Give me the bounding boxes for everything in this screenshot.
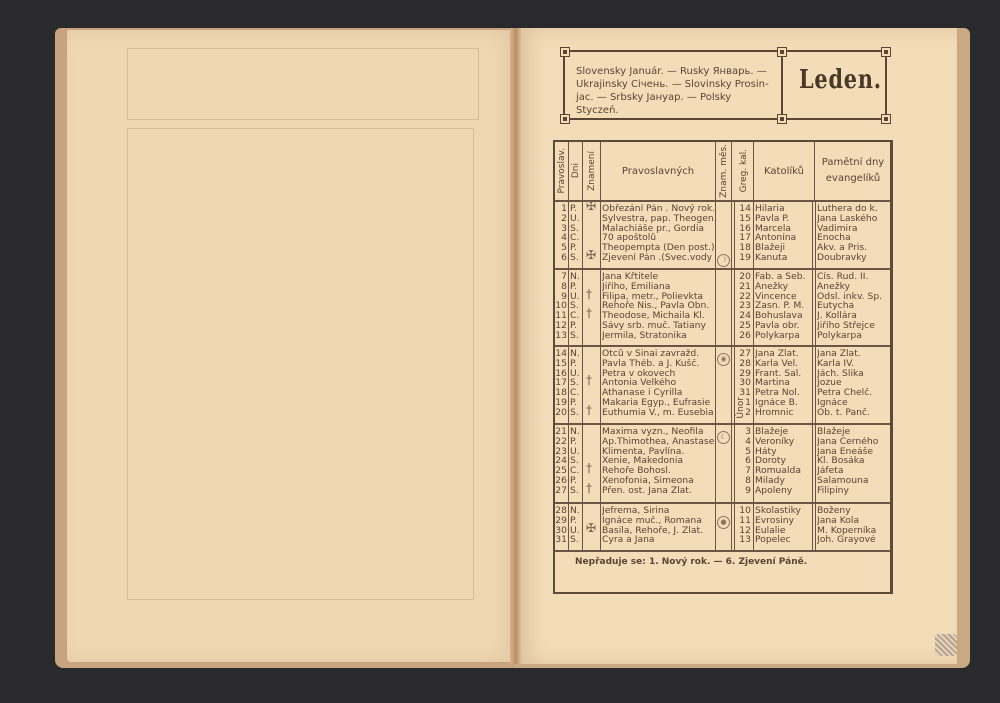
- catholic-saint: Milady: [755, 476, 813, 486]
- spine: [510, 28, 522, 664]
- day-number: 1: [555, 204, 567, 214]
- gregorian-date: 18: [735, 243, 751, 253]
- corner-protector: [935, 634, 957, 656]
- evangelical-commemoration: Boženy: [817, 506, 889, 516]
- gregorian-date: 30: [735, 378, 751, 388]
- evangelical-commemoration: Cís. Rud. II.: [817, 272, 889, 282]
- col-pravoslav: Pravoslav.: [555, 142, 569, 200]
- catholic-saint: Popelec: [755, 535, 813, 545]
- col-znam-mes: Znam. měs.: [716, 142, 732, 200]
- day-of-week: S.: [570, 456, 583, 466]
- day-of-week: Ú.: [570, 292, 583, 302]
- day-number: 25: [555, 466, 567, 476]
- catholic-saint: Marcela: [755, 224, 813, 234]
- cross-circle-icon: ✠: [586, 524, 596, 534]
- catholic-saint: Apoleny: [755, 486, 813, 496]
- gregorian-date: 29: [735, 369, 751, 379]
- catholic-saint: Antonína: [755, 233, 813, 243]
- orthodox-saint: Jiřího, Emiliana: [602, 282, 715, 292]
- languages-line-3: jac. — Srbsky Јануар. — Polsky Styczeń.: [576, 91, 776, 117]
- day-number: 6: [555, 253, 567, 263]
- day-of-week: P.: [570, 321, 583, 331]
- evangelical-commemoration: Anežky: [817, 282, 889, 292]
- catholic-saint: Pavla obr.: [755, 321, 813, 331]
- new-moon-icon: ●: [717, 516, 730, 529]
- open-booklet: Slovensky Január. — Rusky Январь. — Ukra…: [55, 24, 970, 669]
- evangelical-commemoration: Jiřího Střejce: [817, 321, 889, 331]
- day-of-week: S.: [570, 408, 583, 418]
- evangelical-commemoration: Jana Zlat.: [817, 349, 889, 359]
- evangelical-commemoration: Jách. Šlika: [817, 369, 889, 379]
- day-number: 28: [555, 506, 567, 516]
- day-number: 5: [555, 243, 567, 253]
- day-of-week: P.: [570, 437, 583, 447]
- left-page-blank: [67, 30, 517, 662]
- evangelical-commemoration: Luthera do k.: [817, 204, 889, 214]
- day-number: 7: [555, 272, 567, 282]
- languages-line-2: Ukrajinsky Січень. — Slovinsky Prosin-: [576, 78, 776, 91]
- col-katoliku: Katolíků: [754, 142, 815, 200]
- catholic-saint: Zasn. P. M.: [755, 301, 813, 311]
- evangelical-commemoration: Šalamouna: [817, 476, 889, 486]
- gregorian-date: 27: [735, 349, 751, 359]
- orthodox-saint: Sylvestra, pap. Theogen.: [602, 214, 715, 224]
- orthodox-saint: 70 apoštolů: [602, 233, 715, 243]
- day-number: 23: [555, 447, 567, 457]
- day-number: 14: [555, 349, 567, 359]
- gregorian-date: 23: [735, 301, 751, 311]
- day-number: 26: [555, 476, 567, 486]
- day-number: 20: [555, 408, 567, 418]
- gregorian-date: 14: [735, 204, 751, 214]
- first-quarter-icon: ☽: [717, 254, 730, 267]
- evangelical-commemoration: Odsl. inkv. Šp.: [817, 292, 889, 302]
- orthodox-saint: Jermila, Stratonika: [602, 331, 715, 341]
- orthodox-saint: Řehoře Bohosl.: [602, 466, 715, 476]
- day-of-week: Ú.: [570, 369, 583, 379]
- gregorian-date: 4: [735, 437, 751, 447]
- orthodox-saint: Antonia Velkého: [602, 378, 715, 388]
- col-znameni: Znamení: [583, 142, 601, 200]
- catholic-saint: Karla Vel.: [755, 359, 813, 369]
- orthodox-saint: Petra v okovech: [602, 369, 715, 379]
- day-number: 27: [555, 486, 567, 496]
- day-number: 2: [555, 214, 567, 224]
- cross-icon: †: [586, 464, 592, 474]
- orthodox-saint: Pavla Théb. a J. Kušč.: [602, 359, 715, 369]
- orthodox-saint: Euthumia V., m. Eusebia: [602, 408, 715, 418]
- evangelical-commemoration: Doubravky: [817, 253, 889, 263]
- day-number: 21: [555, 427, 567, 437]
- languages-line-1: Slovensky Január. — Rusky Январь. —: [576, 65, 776, 78]
- evangelical-commemoration: Vadimira: [817, 224, 889, 234]
- gregorian-date: 24: [735, 311, 751, 321]
- catholic-saint: Anežky: [755, 282, 813, 292]
- orthodox-saint: Cyra a Jana: [602, 535, 715, 545]
- evangelical-commemoration: Ob. t. Panč.: [817, 408, 889, 418]
- orthodox-saint: Malachiáše pr., Gordia: [602, 224, 715, 234]
- catholic-saint: Polykarpa: [755, 331, 813, 341]
- day-number: 30: [555, 526, 567, 536]
- day-number: 4: [555, 233, 567, 243]
- day-of-week: N.: [570, 427, 583, 437]
- month-title: Leden.: [799, 65, 871, 95]
- orthodox-saint: Xenie, Makedonia: [602, 456, 715, 466]
- gregorian-date: 20: [735, 272, 751, 282]
- gregorian-date: 5: [735, 447, 751, 457]
- catholic-saint: Bohuslava: [755, 311, 813, 321]
- orthodox-saint: Zjevení Pán .(Svec.vody: [602, 253, 715, 263]
- col-dni: Dni: [569, 142, 583, 200]
- catholic-saint: Frant. Sal.: [755, 369, 813, 379]
- catholic-saint: Blažeje: [755, 427, 813, 437]
- gregorian-date: 25: [735, 321, 751, 331]
- orthodox-saint: Makaria Egyp., Eufrasie: [602, 398, 715, 408]
- evangelical-commemoration: Petra Chelč.: [817, 388, 889, 398]
- gregorian-date: 15: [735, 214, 751, 224]
- day-of-week: Ú.: [570, 447, 583, 457]
- gregorian-date: 22: [735, 292, 751, 302]
- catholic-saint: Jana Zlat.: [755, 349, 813, 359]
- day-of-week: P.: [570, 243, 583, 253]
- evangelical-commemoration: Filipiny: [817, 486, 889, 496]
- orthodox-saint: Řehoře Nis., Pavla Obn.: [602, 301, 715, 311]
- catholic-saint: Kanuta: [755, 253, 813, 263]
- day-of-week: Ú.: [570, 526, 583, 536]
- catholic-saint: Veroníky: [755, 437, 813, 447]
- catholic-saint: Školastiky: [755, 506, 813, 516]
- full-moon-icon: ◉: [717, 353, 730, 366]
- evangelical-commemoration: Jozue: [817, 378, 889, 388]
- orthodox-saint: Ignáce muč., Romana: [602, 516, 715, 526]
- day-of-week: S.: [570, 331, 583, 341]
- gregorian-date: 8: [735, 476, 751, 486]
- evangelical-commemoration: Jana Černého: [817, 437, 889, 447]
- cross-icon: †: [586, 290, 592, 300]
- day-of-week: S.: [570, 378, 583, 388]
- day-of-week: N.: [570, 272, 583, 282]
- col-pravoslavnych: Pravoslavných: [601, 142, 716, 200]
- day-number: 11: [555, 311, 567, 321]
- orthodox-saint: Jana Křtitele: [602, 272, 715, 282]
- orthodox-saint: Basila, Řehoře, J. Zlat.: [602, 526, 715, 536]
- evangelical-commemoration: Kl. Bosáka: [817, 456, 889, 466]
- orthodox-saint: Otců v Sinai zavražd.: [602, 349, 715, 359]
- catholic-saint: Hromnic: [755, 408, 813, 418]
- catholic-saint: Vincence: [755, 292, 813, 302]
- day-number: 10: [555, 301, 567, 311]
- orthodox-saint: Sávy srb. muč. Tatiany: [602, 321, 715, 331]
- day-of-week: P.: [570, 516, 583, 526]
- gregorian-date: 9: [735, 486, 751, 496]
- month-change-label: Únor: [737, 397, 747, 419]
- cross-circle-icon: ✠: [586, 251, 596, 261]
- catholic-saint: Fab. a Šeb.: [755, 272, 813, 282]
- orthodox-saint: Obřezání Pán . Nový rok.: [602, 204, 715, 214]
- catholic-saint: Romualda: [755, 466, 813, 476]
- day-number: 17: [555, 378, 567, 388]
- day-of-week: P.: [570, 204, 583, 214]
- orthodox-saint: Přen. ost. Jana Zlat.: [602, 486, 715, 496]
- orthodox-saint: Maxima vyzn., Neofila: [602, 427, 715, 437]
- month-header: Slovensky Január. — Rusky Январь. — Ukra…: [560, 47, 890, 123]
- gregorian-date: 26: [735, 331, 751, 341]
- day-number: 29: [555, 516, 567, 526]
- gregorian-date: 19: [735, 253, 751, 263]
- day-of-week: Ú.: [570, 214, 583, 224]
- gregorian-date: 7: [735, 466, 751, 476]
- day-of-week: P.: [570, 476, 583, 486]
- day-number: 13: [555, 331, 567, 341]
- gregorian-date: 28: [735, 359, 751, 369]
- evangelical-commemoration: M. Koperníka: [817, 526, 889, 536]
- cross-icon: †: [586, 484, 592, 494]
- orthodox-saint: Theopempta (Den post.): [602, 243, 715, 253]
- evangelical-commemoration: Jáfeta: [817, 466, 889, 476]
- col-greg-kal: Greg. kal.: [735, 142, 754, 200]
- evangelical-commemoration: Eutycha: [817, 301, 889, 311]
- day-of-week: N.: [570, 506, 583, 516]
- day-of-week: Č.: [570, 311, 583, 321]
- catholic-saint: Háty: [755, 447, 813, 457]
- calendar-table: Pravoslav. Dni Znamení Pravoslavných Zna…: [553, 140, 893, 594]
- day-of-week: S.: [570, 253, 583, 263]
- orthodox-saint: Jefrema, Sirina: [602, 506, 715, 516]
- bleed-through-header-frame: [127, 48, 479, 120]
- month-names-in-languages: Slovensky Január. — Rusky Январь. — Ukra…: [576, 65, 776, 117]
- last-quarter-icon: ☾: [717, 431, 730, 444]
- day-of-week: S.: [570, 224, 583, 234]
- evangelical-commemoration: Jana Laského: [817, 214, 889, 224]
- gregorian-date: 3: [735, 427, 751, 437]
- day-number: 19: [555, 398, 567, 408]
- cross-icon: †: [586, 309, 592, 319]
- orthodox-saint: Xenofonia, Simeona: [602, 476, 715, 486]
- evangelical-commemoration: Blažeje: [817, 427, 889, 437]
- catholic-saint: Doroty: [755, 456, 813, 466]
- gregorian-date: 10: [735, 506, 751, 516]
- day-number: 8: [555, 282, 567, 292]
- catholic-saint: Blažeji: [755, 243, 813, 253]
- catholic-saint: Martina: [755, 378, 813, 388]
- day-number: 22: [555, 437, 567, 447]
- evangelical-commemoration: Enocha: [817, 233, 889, 243]
- day-number: 16: [555, 369, 567, 379]
- evangelical-commemoration: Jana Kola: [817, 516, 889, 526]
- day-of-week: P.: [570, 282, 583, 292]
- day-number: 9: [555, 292, 567, 302]
- cross-icon: †: [586, 376, 592, 386]
- day-number: 15: [555, 359, 567, 369]
- gregorian-date: 12: [735, 526, 751, 536]
- catholic-saint: Ignáce B.: [755, 398, 813, 408]
- orthodox-saint: Klimenta, Pavlína.: [602, 447, 715, 457]
- footer-note: Nepřaduje se: 1. Nový rok. — 6. Zjevení …: [575, 557, 807, 567]
- evangelical-commemoration: Karla IV.: [817, 359, 889, 369]
- evangelical-commemoration: Akv. a Pris.: [817, 243, 889, 253]
- day-of-week: Č.: [570, 466, 583, 476]
- day-of-week: P.: [570, 398, 583, 408]
- catholic-saint: Hilaria: [755, 204, 813, 214]
- day-of-week: Č.: [570, 233, 583, 243]
- catholic-saint: Pavla P.: [755, 214, 813, 224]
- day-of-week: S.: [570, 535, 583, 545]
- gregorian-date: 21: [735, 282, 751, 292]
- day-of-week: P.: [570, 359, 583, 369]
- gregorian-date: 6: [735, 456, 751, 466]
- day-of-week: N.: [570, 349, 583, 359]
- gregorian-date: 17: [735, 233, 751, 243]
- day-of-week: S.: [570, 301, 583, 311]
- evangelical-commemoration: Ignáce: [817, 398, 889, 408]
- orthodox-saint: Ap.Thimothea, Anastase: [602, 437, 715, 447]
- evangelical-commemoration: Joh. Grayové: [817, 535, 889, 545]
- evangelical-commemoration: J. Kollára: [817, 311, 889, 321]
- day-number: 3: [555, 224, 567, 234]
- gregorian-date: 13: [735, 535, 751, 545]
- catholic-saint: Evrosiny: [755, 516, 813, 526]
- gregorian-date: 16: [735, 224, 751, 234]
- orthodox-saint: Theodose, Michaila Kl.: [602, 311, 715, 321]
- bleed-through-table-frame: [127, 128, 474, 600]
- day-number: 18: [555, 388, 567, 398]
- cross-icon: †: [586, 406, 592, 416]
- catholic-saint: Eulalie: [755, 526, 813, 536]
- cross-circle-icon: ✠: [586, 202, 596, 212]
- col-evangeliku: Pamětní dny evangelíků: [816, 142, 890, 200]
- day-of-week: Č.: [570, 388, 583, 398]
- day-number: 31: [555, 535, 567, 545]
- evangelical-commemoration: Polykarpa: [817, 331, 889, 341]
- day-of-week: S.: [570, 486, 583, 496]
- orthodox-saint: Filipa, metr., Polievkta: [602, 292, 715, 302]
- day-number: 24: [555, 456, 567, 466]
- catholic-saint: Petra Nol.: [755, 388, 813, 398]
- gregorian-date: 11: [735, 516, 751, 526]
- orthodox-saint: Athanase i Cyrilla: [602, 388, 715, 398]
- evangelical-commemoration: Jana Eneáše: [817, 447, 889, 457]
- day-number: 12: [555, 321, 567, 331]
